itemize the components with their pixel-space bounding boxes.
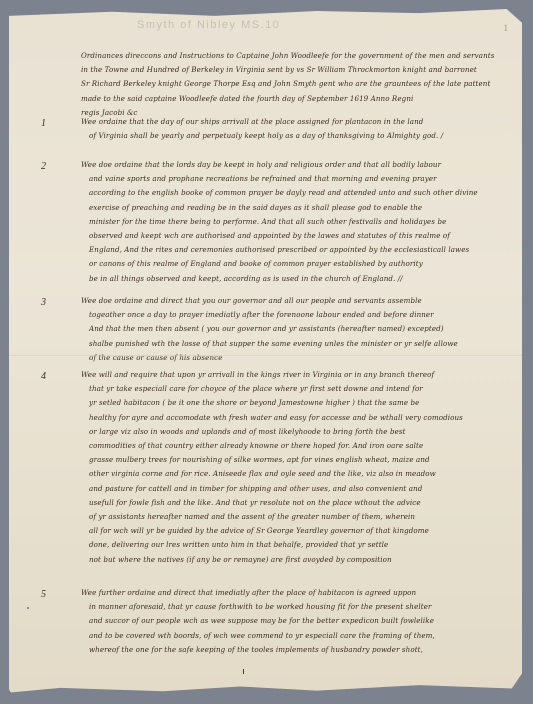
document-heading: Ordinances direccons and Instructions to…	[81, 49, 521, 120]
article-line: Wee further ordaine and direct that imed…	[81, 586, 521, 600]
article-line: healthy for ayre and accomodate wth fres…	[81, 411, 521, 425]
article-line: exercise of preaching and reading be in …	[81, 201, 521, 215]
article-line: of the cause or cause of his absence	[81, 351, 521, 365]
heading-line: made to the said captaine Woodleefe date…	[81, 92, 521, 106]
article-line: Wee doe ordaine and direct that you our …	[81, 294, 521, 308]
article-line: and vaine sports and prophane recreation…	[81, 172, 521, 186]
article-line: in manner aforesaid, that yr cause forth…	[81, 600, 521, 614]
article-number: 3	[41, 297, 46, 308]
manuscript-page: Smyth of Nibley MS.10 1 Ordinances direc…	[9, 9, 522, 694]
article-line: all for wch will yr be guided by the adv…	[81, 524, 521, 538]
article-line: of Virginia shall be yearly and perpetua…	[81, 129, 521, 143]
article-line: other virginia corne and for rice. Anise…	[81, 467, 521, 481]
article-number: 1	[41, 118, 46, 129]
article-line: grasse mulbery trees for nourishing of s…	[81, 453, 521, 467]
heading-line: Ordinances direccons and Instructions to…	[81, 49, 521, 63]
article-line: And that the men then absent ( you our g…	[81, 322, 521, 336]
article-line: England, And the rites and ceremonies au…	[81, 243, 521, 257]
article-line: Wee will and require that upon yr arriva…	[81, 368, 521, 382]
article-line: be in all things observed and keept, acc…	[81, 272, 521, 286]
article-line: Wee doe ordaine that the lords day be ke…	[81, 158, 521, 172]
article-number: 5	[41, 589, 46, 600]
article-4: Wee will and require that upon yr arriva…	[81, 368, 521, 567]
article-line: observed and keept wch are authorised an…	[81, 229, 521, 243]
article-line: according to the english booke of common…	[81, 186, 521, 200]
heading-line: Sr Richard Berkeley knight George Thorpe…	[81, 77, 521, 91]
article-line: of yr assistants hereafter named and the…	[81, 510, 521, 524]
article-line: whereof the one for the safe keeping of …	[81, 643, 521, 657]
article-line: done, delivering our lres written unto h…	[81, 538, 521, 552]
heading-line: in the Towne and Hundred of Berkeley in …	[81, 63, 521, 77]
article-line: or canons of this realme of England and …	[81, 257, 521, 271]
article-line: shalbe punished wth the losse of that su…	[81, 337, 521, 351]
article-line: Wee ordaine that the day of our ships ar…	[81, 115, 521, 129]
article-line: commodities of that country either alrea…	[81, 439, 521, 453]
article-line: and pasture for cattell and in timber fo…	[81, 482, 521, 496]
article-line: that yr take especiall care for choyce o…	[81, 382, 521, 396]
article-line: and to be covered wth boords, of wch wee…	[81, 629, 521, 643]
article-line: or large viz also in woods and uplands a…	[81, 425, 521, 439]
article-2: Wee doe ordaine that the lords day be ke…	[81, 158, 521, 286]
page-number: 1	[504, 23, 509, 33]
article-line: togeather once a day to prayer imediatly…	[81, 308, 521, 322]
article-number: 2	[41, 161, 46, 172]
article-line: minister for the time there being to per…	[81, 215, 521, 229]
article-5: Wee further ordaine and direct that imed…	[81, 586, 521, 657]
article-line: yr setled habitacon ( be it one the shor…	[81, 396, 521, 410]
article-1: Wee ordaine that the day of our ships ar…	[81, 115, 521, 143]
ink-dot	[27, 607, 29, 609]
article-line: usefull for fowle fish and the like. And…	[81, 496, 521, 510]
archive-pencil-note: Smyth of Nibley MS.10	[137, 19, 280, 31]
article-3: Wee doe ordaine and direct that you our …	[81, 294, 521, 365]
article-line: not but where the natives (if any be or …	[81, 553, 521, 567]
article-number: 4	[41, 371, 46, 382]
ink-mark	[243, 669, 244, 674]
article-line: and succor of our people wch as wee supp…	[81, 614, 521, 628]
